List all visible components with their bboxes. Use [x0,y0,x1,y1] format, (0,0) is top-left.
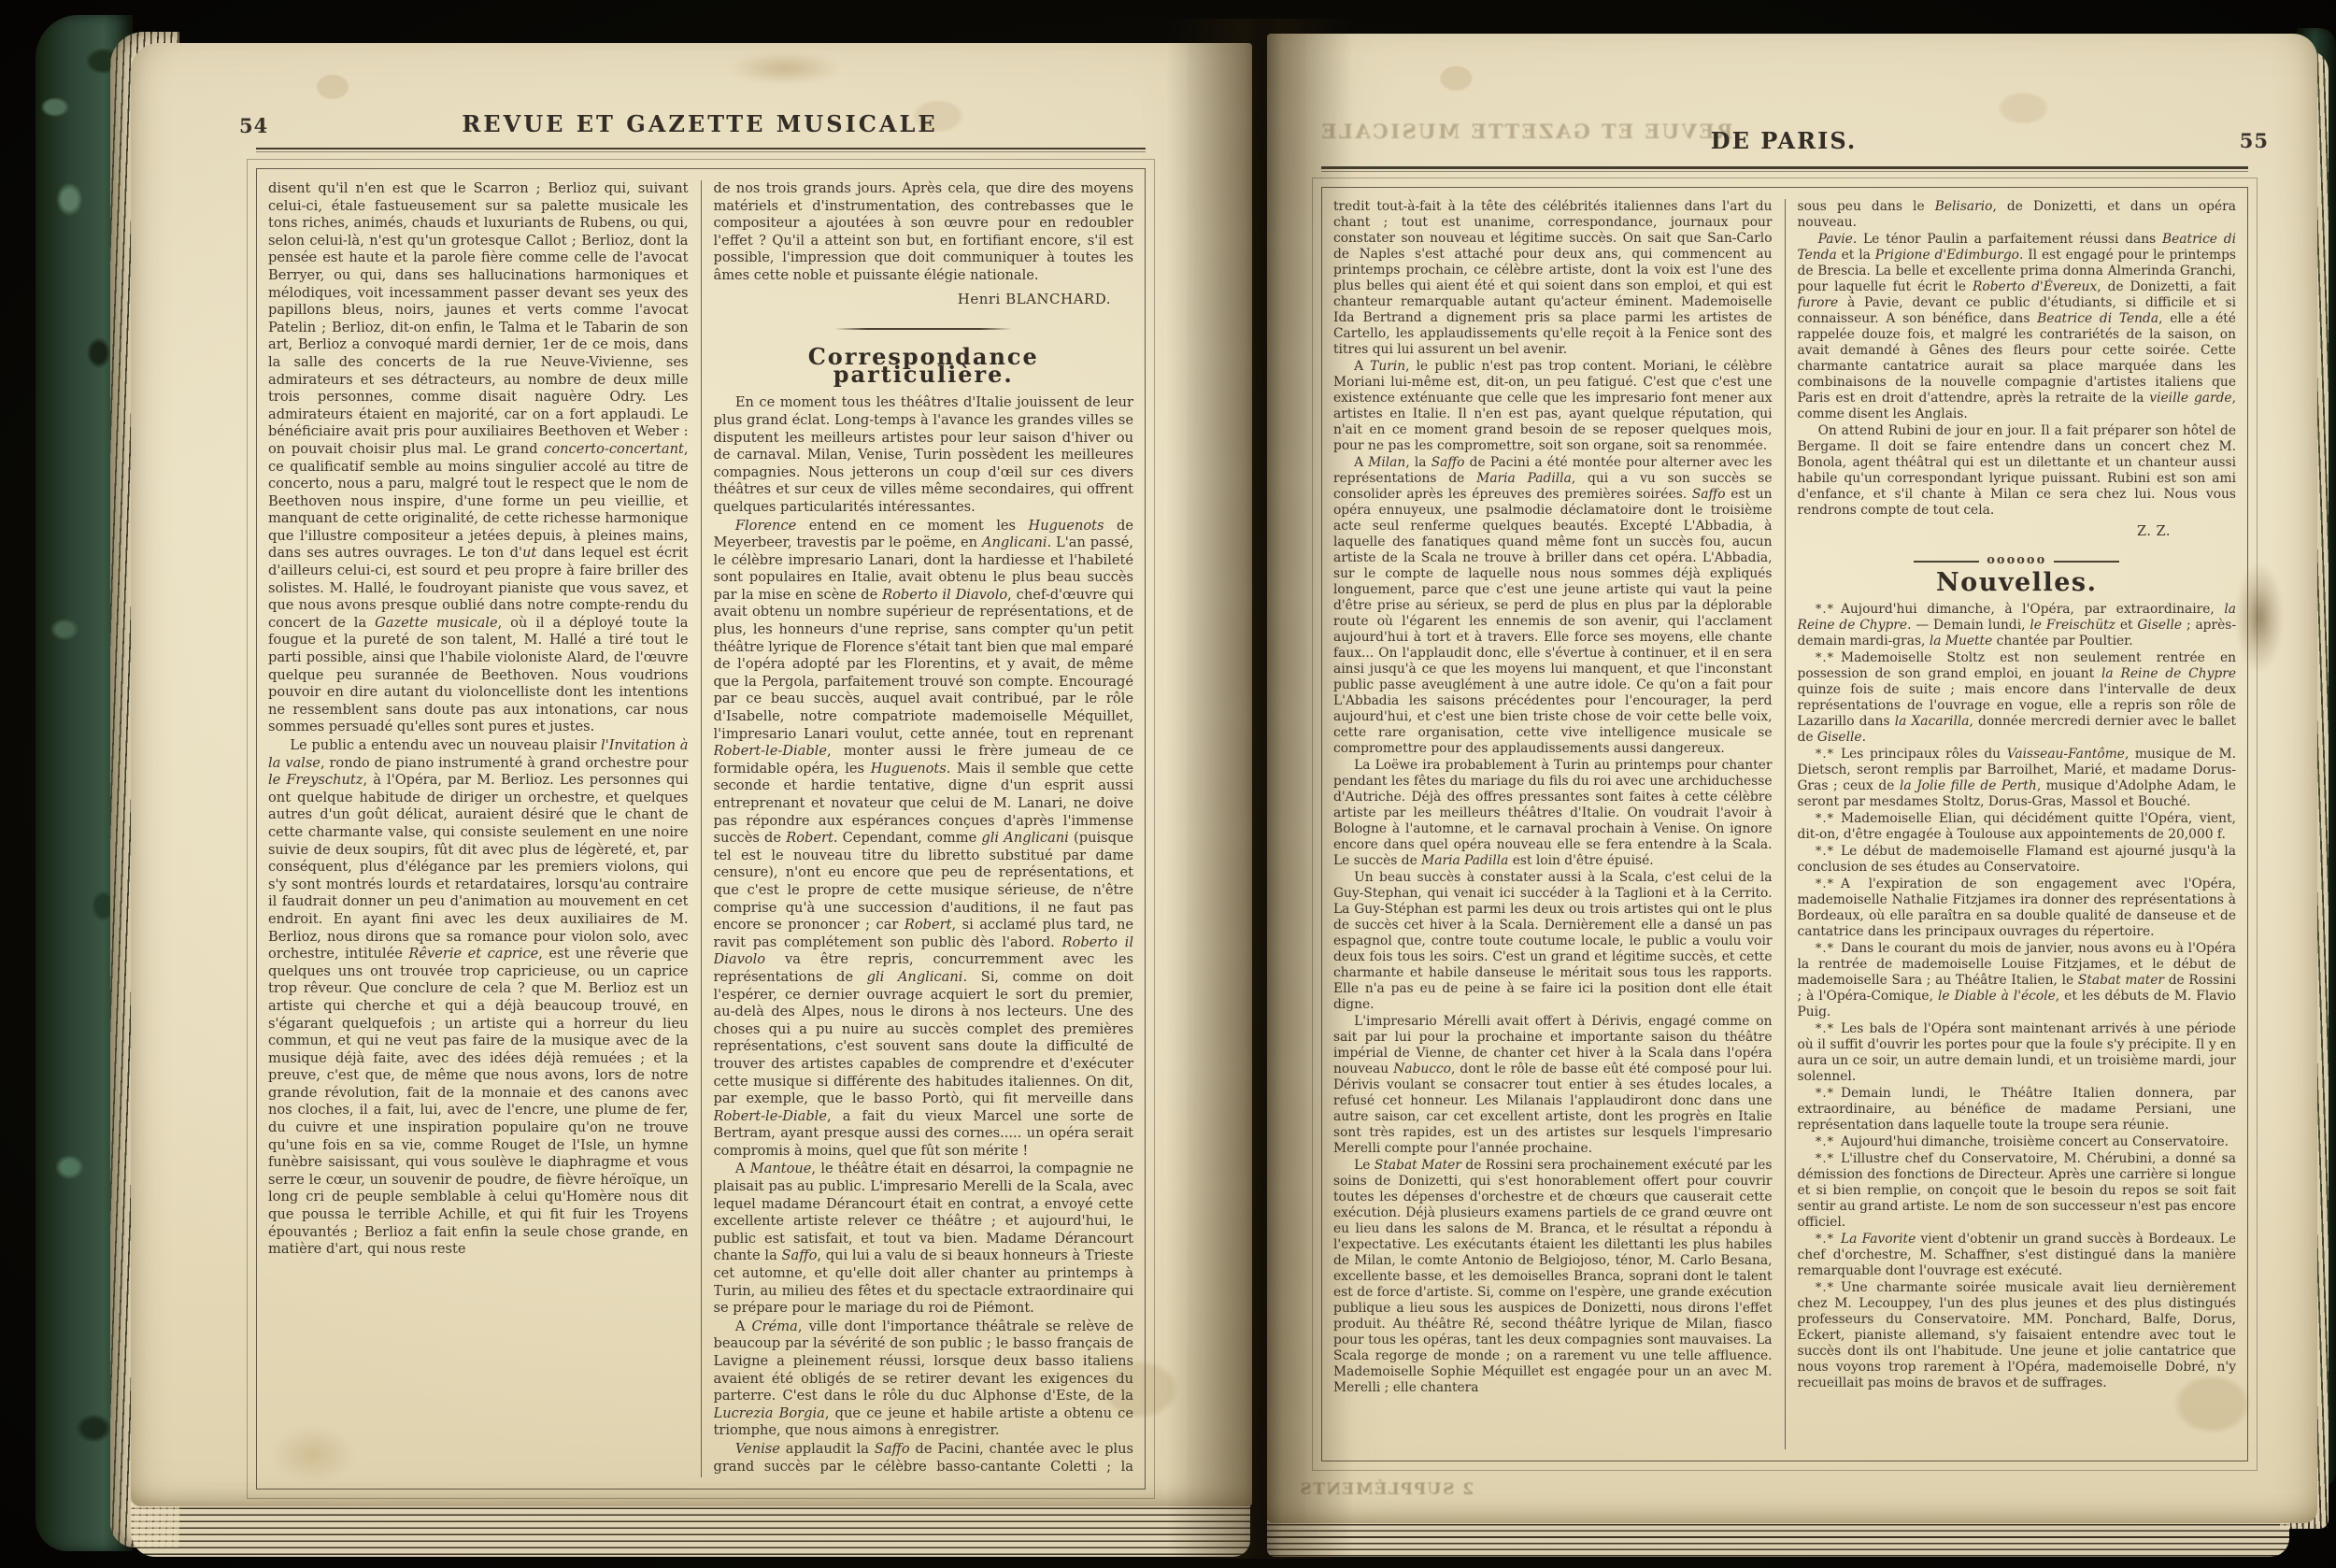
book-scan-photo: 54 REVUE ET GAZETTE MUSICALE disent qu'i… [0,0,2336,1568]
column-4: sous peu dans le Belisario, de Donizetti… [1798,199,2237,1449]
news-item: *.*Mademoiselle Stoltz est non seulement… [1798,650,2237,746]
column-2: de nos trois grands jours. Après cela, q… [714,180,1134,1477]
ornament-bar [2054,561,2119,563]
news-item-bullet: *.* [1816,651,1834,665]
news-item: *.*Demain lundi, le Théâtre Italien donn… [1798,1086,2237,1133]
signature-henri-blanchard: Henri BLANCHARD. [714,291,1112,308]
news-item: *.*Le début de mademoiselle Flamand est … [1798,844,2237,876]
correspondance-ending: sous peu dans le Belisario, de Donizetti… [1798,199,2237,519]
article-divider-rule [834,328,1012,330]
news-item-bullet: *.* [1816,1152,1834,1166]
news-item: *.*L'illustre chef du Conservatoire, M. … [1798,1151,2237,1231]
news-item: *.*Une charmante soirée musicale avait l… [1798,1280,2237,1391]
column-1: disent qu'il n'en est que le Scarron ; B… [268,180,689,1477]
article-paragraph: Le public a entendu avec un nouveau plai… [268,737,689,1259]
correspondance-paragraph: A Créma, ville dont l'importance théâtra… [714,1319,1134,1440]
news-item: *.*Les bals de l'Opéra sont maintenant a… [1798,1021,2237,1085]
show-through-supplement-note: 2 SUPPLÉMENTS [1299,1480,1474,1499]
correspondance-paragraph: Un beau succès à constater aussi à la Sc… [1333,870,1773,1013]
running-title-left: REVUE ET GAZETTE MUSICALE [256,110,1144,137]
section-heading-nouvelles: Nouvelles. [1798,575,2237,591]
text-frame-right: tredit tout-à-fait à la tête des célébri… [1321,187,2248,1461]
correspondance-paragraph: On attend Rubini de jour en jour. Il a f… [1798,423,2237,519]
news-item: *.*Les principaux rôles du Vaisseau-Fant… [1798,747,2237,810]
correspondance-paragraph: L'impresario Mérelli avait offert à Déri… [1333,1014,1773,1157]
correspondance-paragraph: tredit tout-à-fait à la tête des célébri… [1333,199,1773,358]
article-paragraph: de nos trois grands jours. Après cela, q… [714,180,1134,285]
correspondance-paragraph: A Turin, le public n'est pas trop conten… [1333,359,1773,454]
section-ornament: oooooo [1798,553,2237,569]
news-item-bullet: *.* [1816,845,1834,859]
header-rule-right [1321,166,2248,172]
header-rule-left [256,148,1146,152]
column-3: tredit tout-à-fait à la tête des célébri… [1333,199,1773,1449]
correspondance-paragraph: Florence entend en ce moment les Hugueno… [714,518,1134,1161]
nouvelles-body: *.*Aujourd'hui dimanche, à l'Opéra, par … [1798,602,2237,1391]
page-stack-edges-bottom-left [131,1503,1250,1557]
news-item: *.*Aujourd'hui dimanche, troisième conce… [1798,1134,2237,1150]
article-ending: de nos trois grands jours. Après cela, q… [714,180,1134,285]
correspondance-paragraph: A Mantoue, le théâtre était en désarroi,… [714,1161,1134,1317]
section-heading-correspondance: Correspondance particulière. [714,349,1134,383]
news-item-bullet: *.* [1816,942,1834,956]
correspondance-paragraph: En ce moment tous les théâtres d'Italie … [714,394,1134,516]
correspondance-paragraph: sous peu dans le Belisario, de Donizetti… [1798,199,2237,231]
news-item-bullet: *.* [1816,748,1834,762]
news-item: *.*La Favorite vient d'obtenir un grand … [1798,1232,2237,1279]
page-stack-edges-bottom-right [1267,1519,2289,1557]
right-page: REVUE ET GAZETTE MUSICALE DE PARIS. 55 t… [1267,34,2317,1523]
running-title-right: DE PARIS. [1321,127,2246,154]
news-item-bullet: *.* [1816,603,1834,617]
correspondance-paragraph: Le Stabat Mater de Rossini sera prochain… [1333,1158,1773,1396]
news-item-bullet: *.* [1816,812,1834,826]
news-item-bullet: *.* [1816,1022,1834,1036]
correspondance-paragraph: Pavie. Le ténor Paulin a parfaitement ré… [1798,232,2237,422]
correspondance-paragraph: Venise applaudit la Saffo de Pacini, cha… [714,1441,1134,1477]
news-item-bullet: *.* [1816,877,1834,891]
news-item-bullet: *.* [1816,1233,1834,1247]
column-divider-rule [701,180,702,1477]
ornament-bar [1914,561,1979,563]
correspondance-body: En ce moment tous les théâtres d'Italie … [714,394,1134,1477]
text-frame-left: disent qu'il n'en est que le Scarron ; B… [256,168,1146,1490]
correspondance-paragraph: La Loëwe ira probablement à Turin au pri… [1333,758,1773,869]
news-item: *.*Mademoiselle Elian, qui décidément qu… [1798,811,2237,843]
news-item-bullet: *.* [1816,1135,1834,1149]
news-item-bullet: *.* [1816,1087,1834,1101]
news-item: *.*Dans le courant du mois de janvier, n… [1798,941,2237,1020]
left-page: 54 REVUE ET GAZETTE MUSICALE disent qu'i… [131,43,1252,1506]
article-paragraph: disent qu'il n'en est que le Scarron ; B… [268,180,689,736]
correspondance-paragraph: A Milan, la Saffo de Pacini a été montée… [1333,455,1773,757]
foxing-stain [729,52,841,84]
news-item: *.*A l'expiration de son engagement avec… [1798,877,2237,940]
ornament-circles: oooooo [1987,552,2046,568]
news-item: *.*Aujourd'hui dimanche, à l'Opéra, par … [1798,602,2237,649]
news-item-bullet: *.* [1816,1281,1834,1295]
signature-z-z: Z. Z. [1798,524,2172,540]
page-number-right: 55 [2240,129,2269,152]
column-divider-rule [1785,199,1786,1449]
